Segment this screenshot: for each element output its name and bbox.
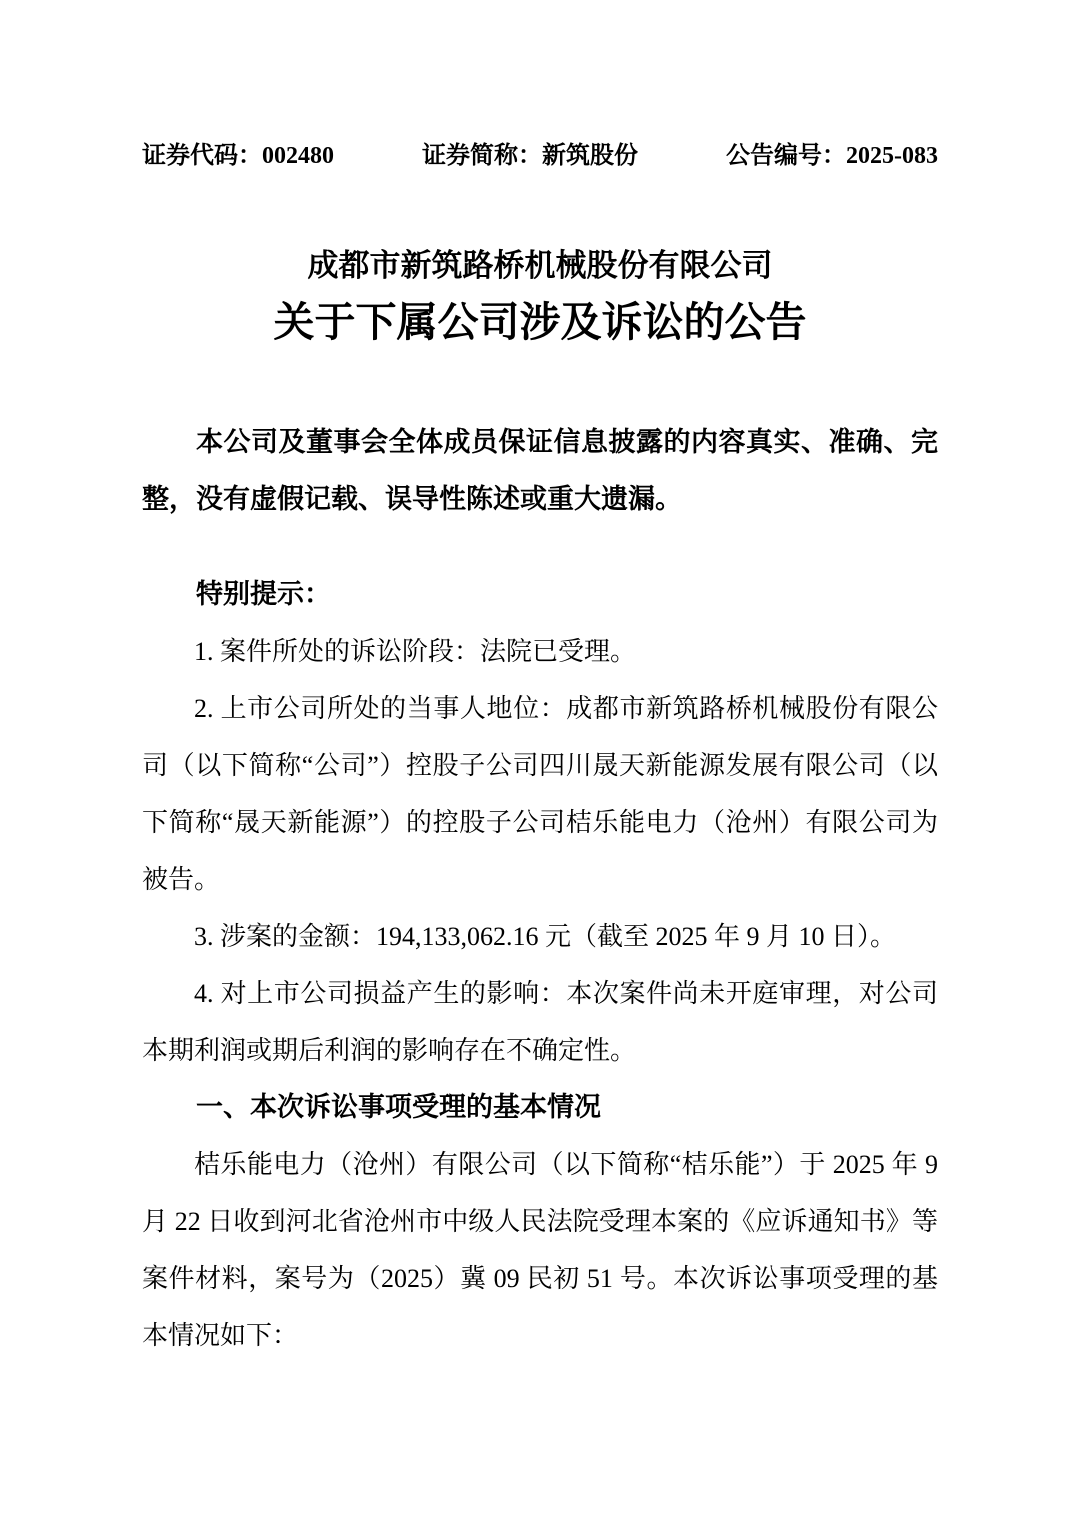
special-notice-item-4: 4. 对上市公司损益产生的影响：本次案件尚未开庭审理，对公司本期利润或期后利润的… xyxy=(142,965,938,1079)
special-notice-item-2: 2. 上市公司所处的当事人地位：成都市新筑路桥机械股份有限公司（以下简称“公司”… xyxy=(142,680,938,908)
announcement-document: 证券代码：002480 证券简称：新筑股份 公告编号：2025-083 成都市新… xyxy=(0,0,1080,1527)
company-name-title: 成都市新筑路桥机械股份有限公司 xyxy=(142,246,938,286)
section-1-heading: 一、本次诉讼事项受理的基本情况 xyxy=(142,1079,938,1136)
document-header: 证券代码：002480 证券简称：新筑股份 公告编号：2025-083 xyxy=(142,140,938,172)
announcement-number-label: 公告编号：2025-083 xyxy=(726,140,938,172)
special-notice-heading: 特别提示： xyxy=(142,566,938,623)
announcement-title: 关于下属公司涉及诉讼的公告 xyxy=(142,296,938,348)
section-1-paragraph: 桔乐能电力（沧州）有限公司（以下简称“桔乐能”）于 2025 年 9 月 22 … xyxy=(142,1136,938,1364)
stock-short-name-label: 证券简称：新筑股份 xyxy=(422,140,638,172)
board-declaration-paragraph: 本公司及董事会全体成员保证信息披露的内容真实、准确、完整，没有虚假记载、误导性陈… xyxy=(142,414,938,528)
special-notice-item-1: 1. 案件所处的诉讼阶段：法院已受理。 xyxy=(142,623,938,680)
stock-code-label: 证券代码：002480 xyxy=(142,140,334,172)
special-notice-item-3: 3. 涉案的金额：194,133,062.16 元（截至 2025 年 9 月 … xyxy=(142,908,938,965)
